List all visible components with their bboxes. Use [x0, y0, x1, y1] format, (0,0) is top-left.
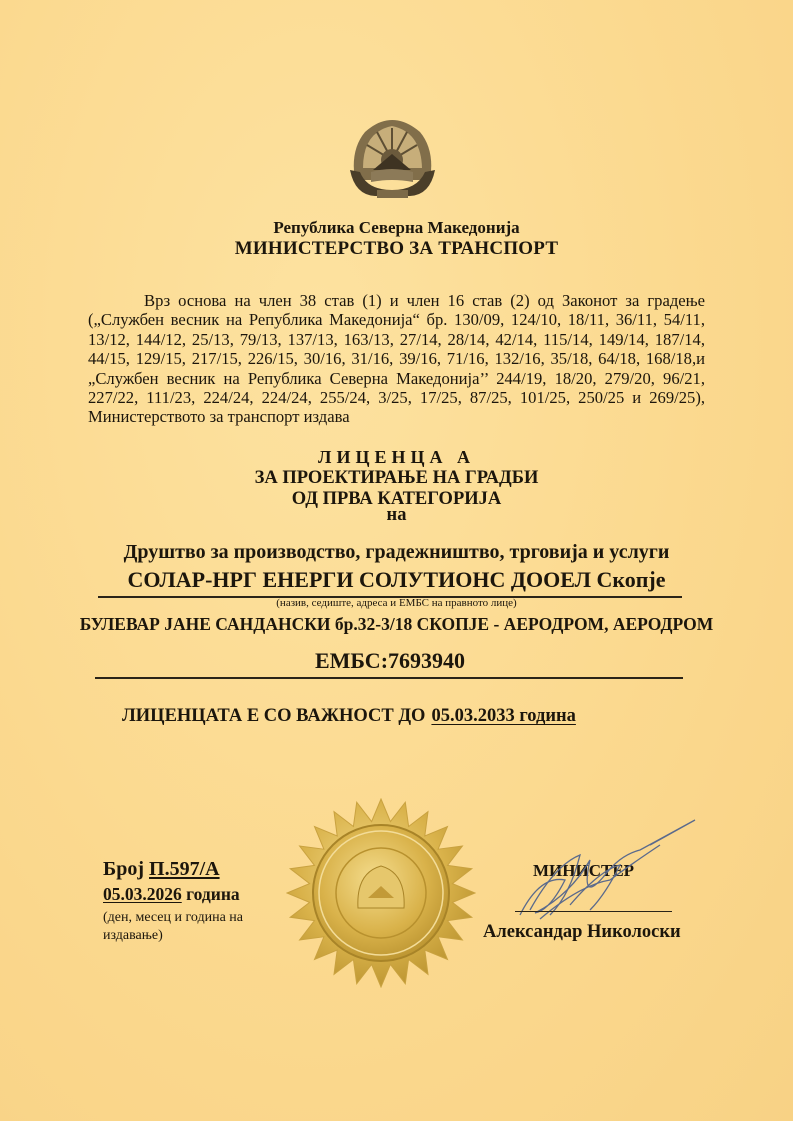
license-preposition: на: [0, 505, 793, 526]
company-embs: ЕМБС:7693940: [95, 648, 685, 674]
minister-name: Александар Николоски: [483, 922, 681, 943]
signature-icon: [510, 815, 700, 930]
company-type: Друштво за производство, градежништво, т…: [0, 541, 793, 564]
company-name: СОЛАР-НРГ ЕНЕРГИ СОЛУТИОНС ДООЕЛ Скопје: [0, 567, 793, 593]
legal-basis: Врз основа на член 38 став (1) и член 16…: [88, 291, 705, 427]
issue-date-suffix: година: [186, 884, 240, 904]
coat-of-arms-icon: [345, 110, 440, 202]
license-number: Број П.597/А: [103, 858, 220, 881]
validity-statement: ЛИЦЕНЦАТА Е СО ВАЖНОСТ ДО05.03.2033 годи…: [122, 706, 576, 727]
ministry-name: МИНИСТЕРСТВО ЗА ТРАНСПОРТ: [0, 238, 793, 260]
license-title: ЛИЦЕНЦА А: [0, 447, 793, 468]
gold-seal-icon: [286, 798, 476, 988]
signature-line: [515, 911, 672, 912]
validity-date: 05.03.2033 година: [431, 706, 575, 726]
legal-basis-text: Врз основа на член 38 став (1) и член 16…: [88, 291, 705, 427]
validity-label: ЛИЦЕНЦАТА Е СО ВАЖНОСТ ДО: [122, 706, 425, 726]
number-label: Број: [103, 858, 144, 880]
embs-underline: [95, 677, 683, 679]
issue-date: 05.03.2026 година: [103, 884, 240, 905]
issue-date-value: 05.03.2026: [103, 884, 182, 904]
license-document: Република Северна Македонија МИНИСТЕРСТВ…: [0, 0, 793, 1121]
issue-date-note: (ден, месец и година на издавање): [103, 909, 283, 945]
number-value: П.597/А: [149, 858, 220, 880]
company-address: БУЛЕВАР ЈАНЕ САНДАНСКИ бр.32-3/18 СКОПЈЕ…: [0, 614, 793, 635]
republic-name: Република Северна Македонија: [0, 218, 793, 238]
holder-caption: (назив, седиште, адреса и ЕМБС на правно…: [0, 597, 793, 609]
license-scope: ЗА ПРОЕКТИРАЊЕ НА ГРАДБИ: [0, 468, 793, 489]
